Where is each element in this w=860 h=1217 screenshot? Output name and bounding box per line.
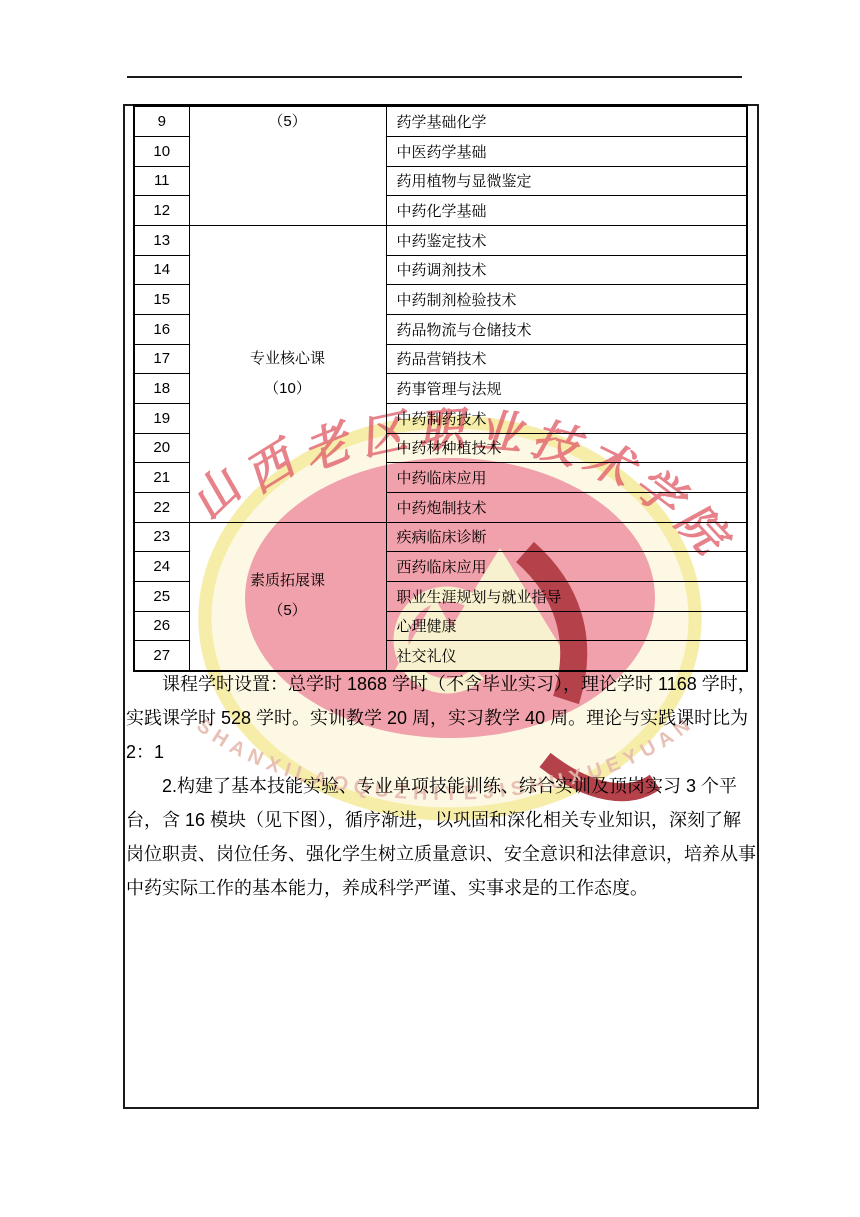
course-number-cell: 12	[134, 196, 189, 226]
course-number-cell: 16	[134, 314, 189, 344]
course-number-cell: 19	[134, 403, 189, 433]
course-number-cell: 20	[134, 433, 189, 463]
table-row: 13专业核心课（10）中药鉴定技术	[134, 225, 747, 255]
course-number-cell: 23	[134, 522, 189, 552]
header-rule	[127, 76, 742, 78]
course-number-cell: 17	[134, 344, 189, 374]
document-page: SHANXILAOQUZHIYEJISHUXUEYUAN 山西老区职业技术学院 …	[0, 0, 860, 1217]
course-name-cell: 药品物流与仓储技术	[386, 314, 747, 344]
course-name-cell: 中药鉴定技术	[386, 225, 747, 255]
course-name-cell: 中药材种植技术	[386, 433, 747, 463]
body-text-block: 课程学时设置：总学时 1868 学时（不含毕业实习），理论学时 1168 学时，…	[126, 667, 758, 905]
course-name-cell: 药用植物与显微鉴定	[386, 166, 747, 196]
course-number-cell: 21	[134, 463, 189, 493]
course-number-cell: 9	[134, 106, 189, 137]
course-number-cell: 18	[134, 374, 189, 404]
course-name-cell: 中药制药技术	[386, 403, 747, 433]
course-name-cell: 药学基础化学	[386, 106, 747, 137]
course-name-cell: 药品营销技术	[386, 344, 747, 374]
category-label-line: 专业核心课	[190, 344, 386, 374]
course-name-cell: 心理健康	[386, 611, 747, 641]
course-number-cell: 25	[134, 581, 189, 611]
course-name-cell: 中药临床应用	[386, 463, 747, 493]
table-row: 9（5）药学基础化学	[134, 106, 747, 137]
category-cell: 素质拓展课（5）	[189, 522, 386, 671]
course-number-cell: 11	[134, 166, 189, 196]
category-label-line: （5）	[190, 107, 386, 137]
category-label-line: （10）	[190, 374, 386, 404]
course-number-cell: 22	[134, 492, 189, 522]
category-label-line: （5）	[190, 596, 386, 626]
course-name-cell: 中药炮制技术	[386, 492, 747, 522]
course-table: 9（5）药学基础化学10中医药学基础11药用植物与显微鉴定12中药化学基础13专…	[133, 104, 748, 672]
category-label-line: 素质拓展课	[190, 566, 386, 596]
course-number-cell: 26	[134, 611, 189, 641]
course-name-cell: 药事管理与法规	[386, 374, 747, 404]
course-table-body: 9（5）药学基础化学10中医药学基础11药用植物与显微鉴定12中药化学基础13专…	[134, 106, 747, 672]
course-name-cell: 疾病临床诊断	[386, 522, 747, 552]
course-name-cell: 职业生涯规划与就业指导	[386, 581, 747, 611]
course-name-cell: 中药制剂检验技术	[386, 285, 747, 315]
course-number-cell: 13	[134, 225, 189, 255]
course-number-cell: 24	[134, 552, 189, 582]
category-cell: 专业核心课（10）	[189, 225, 386, 522]
course-name-cell: 中药化学基础	[386, 196, 747, 226]
course-name-cell: 中医药学基础	[386, 137, 747, 167]
paragraph-platform-description: 2.构建了基本技能实验、专业单项技能训练、综合实训及顶岗实习 3 个平台，含 1…	[126, 769, 758, 905]
course-number-cell: 10	[134, 137, 189, 167]
course-name-cell: 中药调剂技术	[386, 255, 747, 285]
paragraph-course-hours: 课程学时设置：总学时 1868 学时（不含毕业实习），理论学时 1168 学时，…	[126, 667, 758, 769]
category-cell: （5）	[189, 106, 386, 226]
course-number-cell: 14	[134, 255, 189, 285]
course-name-cell: 西药临床应用	[386, 552, 747, 582]
table-row: 23素质拓展课（5）疾病临床诊断	[134, 522, 747, 552]
course-number-cell: 15	[134, 285, 189, 315]
